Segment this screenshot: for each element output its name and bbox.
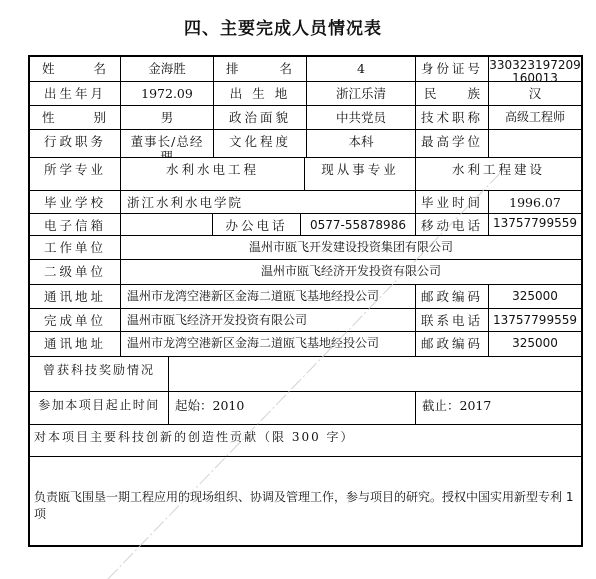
major-value: 水利水电工程 [121,158,305,191]
school-value: 浙江水利水电学院 [121,191,416,214]
current-field-label: 现从事专业 [305,158,416,191]
grad-time-value: 1996.07 [489,191,581,214]
rank-label-char2: 名 [279,61,292,81]
birth-value: 1972.09 [121,82,214,106]
gender-value: 男 [121,106,214,130]
rank-value: 4 [307,57,416,82]
address1-label: 通讯地址 [30,285,121,309]
address2-label: 通讯地址 [30,332,121,357]
postcode1-label: 邮政编码 [416,285,489,309]
gender-label-char1: 性 [42,110,55,129]
employer-value: 温州市瓯飞开发建设投资集团有限公司 [121,236,581,260]
political-value: 中共党员 [307,106,416,130]
employer-label: 工作单位 [30,236,121,260]
office-phone-value: 0577-55878986 [301,214,416,236]
contact-phone-value: 13757799559 [489,309,581,332]
ethnicity-label-char2: 族 [467,86,480,105]
contribution-text: 负责瓯飞围垦一期工程应用的现场组织、协调及管理工作，参与项目的研究。授权中国实用… [34,489,575,523]
address1-value: 温州市龙湾空港新区金海二道瓯飞基地经投公司 [121,285,416,309]
admin-post-label: 行政职务 [30,130,121,158]
awards-label: 曾获科技奖励情况 [30,357,169,392]
tech-title-label: 技术职称 [416,106,489,130]
completing-unit-label: 完成单位 [30,309,121,332]
major-label: 所学专业 [30,158,121,191]
birthplace-value: 浙江乐清 [307,82,416,106]
period-start: 起始：2010 [169,392,416,425]
contribution-label: 对本项目主要科技创新的创造性贡献（限 300 字） [30,425,581,457]
name-label-char2: 名 [93,61,106,81]
page-title-text: 四、主要完成人员情况表 [184,19,382,39]
contact-phone-label: 联系电话 [416,309,489,332]
gender-label-char2: 别 [93,110,106,129]
school-label: 毕业学校 [30,191,121,214]
education-label: 文化程度 [214,130,307,158]
degree-value [489,130,581,158]
postcode2-label: 邮政编码 [416,332,489,357]
political-label: 政治面貌 [214,106,307,130]
contribution-cell: 负责瓯飞围垦一期工程应用的现场组织、协调及管理工作，参与项目的研究。授权中国实用… [30,457,581,545]
postcode2-value: 325000 [489,332,581,357]
birth-label: 出生年月 [30,82,121,106]
awards-value [169,357,581,392]
degree-label: 最高学位 [416,130,489,158]
postcode1-value: 325000 [489,285,581,309]
mobile-label: 移动电话 [416,214,489,236]
completing-unit-value: 温州市瓯飞经济开发投资有限公司 [121,309,416,332]
grad-time-label: 毕业时间 [416,191,489,214]
ethnicity-label-char1: 民 [424,86,437,105]
email-label: 电子信箱 [30,214,121,236]
period-label: 参加本项目起止时间 [30,392,169,425]
education-value: 本科 [307,130,416,158]
page-title: 四、主要完成人员情况表 [0,14,596,39]
email-value [121,214,213,236]
office-phone-label: 办公电话 [213,214,301,236]
address2-value: 温州市龙湾空港新区金海二道瓯飞基地经投公司 [121,332,416,357]
name-value: 金海胜 [121,57,214,82]
current-field-value: 水利工程建设 [416,158,581,191]
personnel-table: 姓名 金海胜 排名 4 身份证号 330323197209160013 出生年月… [28,55,583,547]
id-value: 330323197209160013 [489,57,581,82]
period-end: 截止：2017 [416,392,581,425]
ethnicity-label: 民族 [416,82,489,106]
rank-label-char1: 排 [226,61,239,81]
admin-post-value: 董事长/总经理 [121,130,214,158]
birthplace-label: 出 生 地 [214,82,307,106]
rank-label: 排名 [214,57,307,82]
ethnicity-value: 汉 [489,82,581,106]
sub-unit-label: 二级单位 [30,260,121,285]
id-label: 身份证号 [416,57,489,82]
mobile-value: 13757799559 [489,214,581,236]
gender-label: 性别 [30,106,121,130]
name-label-char1: 姓 [42,61,55,81]
name-label: 姓名 [30,57,121,82]
tech-title-value: 高级工程师 [489,106,581,130]
sub-unit-value: 温州市瓯飞经济开发投资有限公司 [121,260,581,285]
